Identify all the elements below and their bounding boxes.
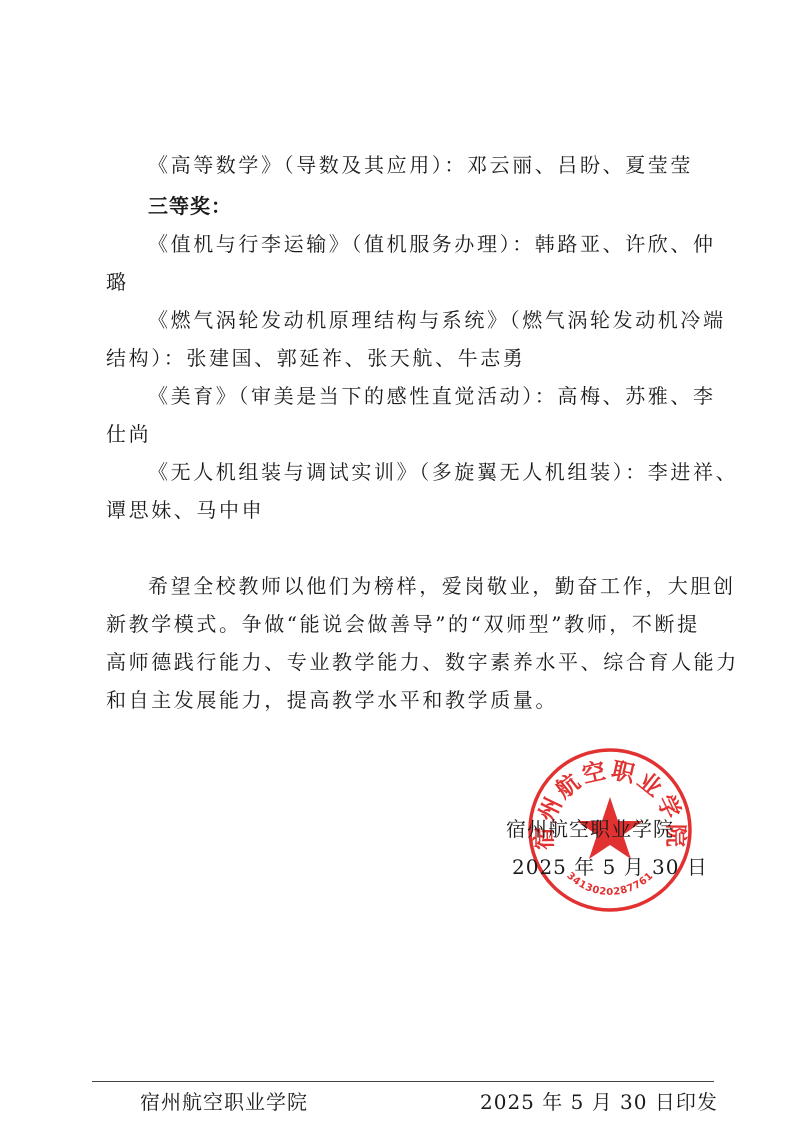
award-entry: 《无人机组装与调试实训》（多旋翼无人机组装）：李进祥、 xyxy=(148,460,738,484)
footer-org: 宿州航空职业学院 xyxy=(140,1086,308,1115)
award-entry-cont: 仕尚 xyxy=(106,422,151,446)
closing-paragraph: 和自主发展能力，提高教学水平和教学质量。 xyxy=(106,688,558,712)
footer-date: 2025 年 5 月 30 日印发 xyxy=(480,1086,718,1115)
section-heading-third-prize: 三等奖： xyxy=(148,194,232,218)
award-entry-cont: 璐 xyxy=(106,270,129,294)
closing-paragraph: 高师德践行能力、专业教学能力、数字素养水平、综合育人能力 xyxy=(106,650,739,674)
award-entry: 《美育》（审美是当下的感性直觉活动）：高梅、苏雅、李 xyxy=(148,384,716,408)
footer-divider xyxy=(92,1081,714,1082)
signature-org: 宿州航空职业学院 xyxy=(506,813,674,842)
award-entry: 《燃气涡轮发动机原理结构与系统》（燃气涡轮发动机冷端 xyxy=(148,308,726,332)
award-entry: 《值机与行李运输》（值机服务办理）：韩路亚、许欣、仲 xyxy=(148,232,716,256)
closing-paragraph: 希望全校教师以他们为榜样，爱岗敬业，勤奋工作，大胆创 xyxy=(148,574,736,598)
signature-date: 2025 年 5 月 30 日 xyxy=(512,851,708,880)
closing-paragraph: 新教学模式。争做“能说会做善导”的“双师型”教师，不断提 xyxy=(106,612,700,636)
award-entry-cont: 谭思妹、马中申 xyxy=(106,498,264,522)
award-entry: 《高等数学》（导数及其应用）：邓云丽、吕盼、夏莹莹 xyxy=(148,153,693,177)
award-entry-cont: 结构）：张建国、郭延祚、张天航、牛志勇 xyxy=(106,346,525,370)
